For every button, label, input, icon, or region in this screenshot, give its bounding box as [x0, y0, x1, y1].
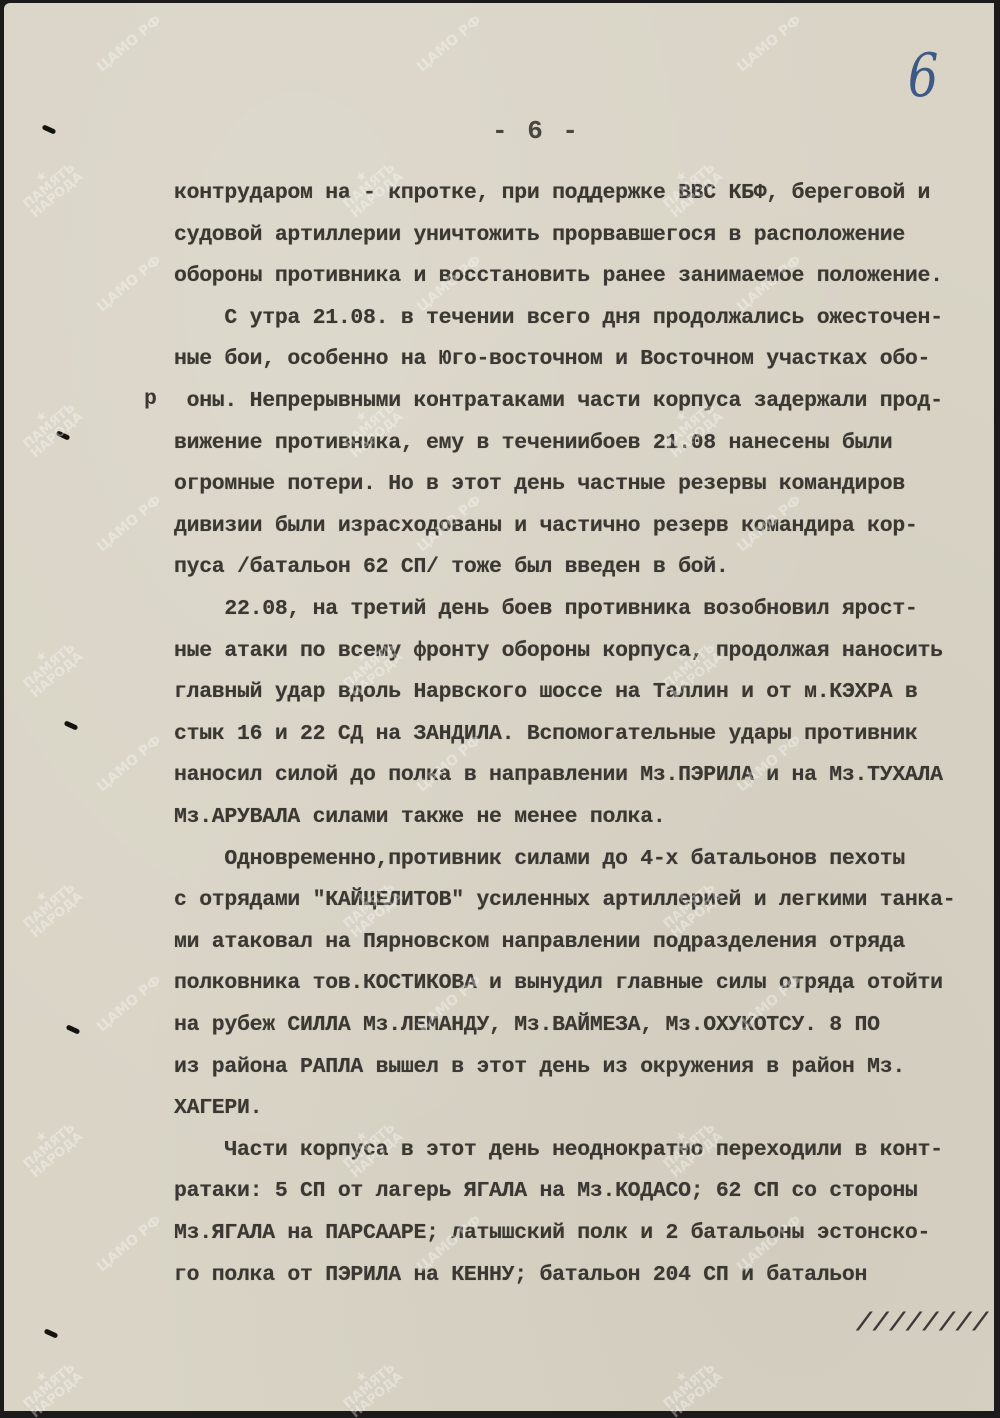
punch-hole [44, 1328, 59, 1338]
text-line: Мз.АРУВАЛА силами также не менее полка. [174, 805, 665, 829]
watermark-project: ★ПАМЯТЬНАРОДА [14, 1112, 86, 1180]
text-line: вижение противника, ему в течениибоев 21… [174, 431, 892, 455]
watermark-archive: ЦАМО РФ [94, 1212, 165, 1275]
watermark-project: ★ПАМЯТЬНАРОДА [14, 392, 86, 460]
margin-fragment: р [144, 387, 157, 411]
text-line: стык 16 и 22 СД на ЗАНДИЛА. Вспомогатель… [174, 722, 918, 746]
punch-hole [66, 1024, 81, 1034]
text-line: главный удар вдоль Нарвского шоссе на Та… [174, 680, 918, 704]
text-line: оны. Непрерывными контратаками части кор… [174, 389, 943, 413]
watermark-project: ★ПАМЯТЬНАРОДА [14, 1352, 86, 1418]
text-line: пуса /батальон 62 СП/ тоже был введен в … [174, 555, 729, 579]
text-line: ные бои, особенно на Юго-восточном и Вос… [174, 347, 930, 371]
watermark-archive: ЦАМО РФ [94, 492, 165, 555]
text-line: судовой артиллерии уничтожить прорвавшег… [174, 223, 905, 247]
watermark-project: ★ПАМЯТЬНАРОДА [14, 872, 86, 940]
typed-page-number: - 6 - [492, 116, 580, 146]
text-line: ХАГЕРИ. [174, 1096, 262, 1120]
watermark-archive: ЦАМО РФ [94, 732, 165, 795]
watermark-project: ★ПАМЯТЬНАРОДА [14, 632, 86, 700]
text-line: ми атаковал на Пярновском направлении по… [174, 930, 905, 954]
watermark-archive: ЦАМО РФ [414, 12, 485, 75]
text-line: наносил силой до полка в направлении Мз.… [174, 763, 943, 787]
text-line: го полка от ПЭРИЛА на КЕННУ; батальон 20… [174, 1263, 867, 1287]
text-line: огромные потери. Но в этот день частные … [174, 472, 905, 496]
continuation-mark: //////// [856, 1308, 989, 1338]
punch-hole [64, 720, 79, 730]
watermark-archive: ЦАМО РФ [734, 12, 805, 75]
text-line: из района РАПЛА вышел в этот день из окр… [174, 1055, 905, 1079]
text-line: Части корпуса в этот день неоднократно п… [174, 1138, 943, 1162]
text-line: дивизии были израсходованы и частично ре… [174, 514, 918, 538]
punch-hole [42, 124, 57, 134]
watermark-archive: ЦАМО РФ [94, 252, 165, 315]
watermark-archive: ЦАМО РФ [94, 12, 165, 75]
document-page: 6 - 6 - р контрударом на - кпротке, при … [4, 3, 994, 1411]
text-line: С утра 21.08. в течении всего дня продол… [174, 306, 943, 330]
text-line: полковника тов.КОСТИКОВА и вынудил главн… [174, 971, 943, 995]
text-line: обороны противника и восстановить ранее … [174, 264, 943, 288]
text-line: 22.08, на третий день боев противника во… [174, 597, 918, 621]
text-line: контрударом на - кпротке, при поддержке … [174, 181, 930, 205]
watermark-project: ★ПАМЯТЬНАРОДА [654, 1352, 726, 1418]
text-line: Мз.ЯГАЛА на ПАРСААРЕ; латышский полк и 2… [174, 1221, 930, 1245]
text-line: ратаки: 5 СП от лагерь ЯГАЛА на Мз.КОДАС… [174, 1179, 918, 1203]
watermark-archive: ЦАМО РФ [94, 972, 165, 1035]
handwritten-page-number: 6 [908, 41, 939, 111]
text-line: с отрядами "КАЙЦЕЛИТОВ" усиленных артилл… [174, 888, 955, 912]
text-line: ные атаки по всему фронту обороны корпус… [174, 639, 943, 663]
text-line: Одновременно,противник силами до 4-х бат… [174, 847, 905, 871]
watermark-project: ★ПАМЯТЬНАРОДА [334, 1352, 406, 1418]
text-line: на рубеж СИЛЛА Мз.ЛЕМАНДУ, Мз.ВАЙМЕЗА, М… [174, 1013, 880, 1037]
punch-hole [56, 430, 71, 440]
watermark-project: ★ПАМЯТЬНАРОДА [14, 152, 86, 220]
